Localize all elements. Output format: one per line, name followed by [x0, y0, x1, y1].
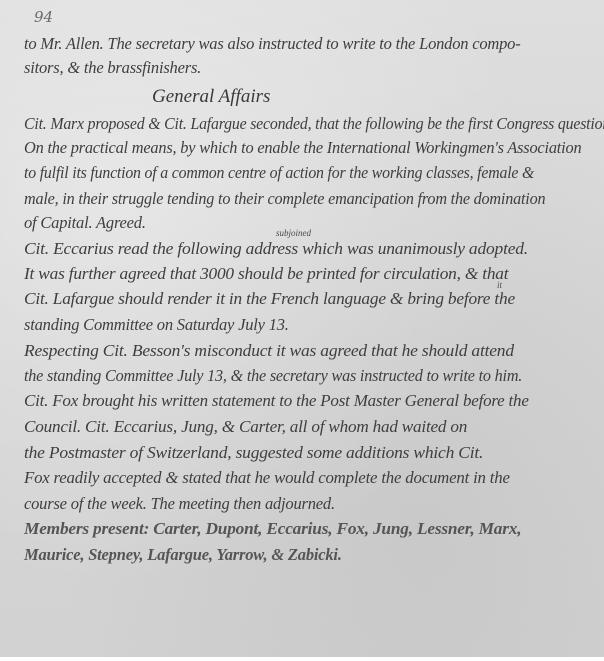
text-line-15: Council. Cit. Eccarius, Jung, & Carter, … [24, 417, 467, 437]
insertion-subjoined: subjoined [276, 228, 311, 238]
text-line-3: Cit. Marx proposed & Cit. Lafargue secon… [24, 114, 604, 134]
text-line-9: It was further agreed that 3000 should b… [24, 264, 508, 284]
text-line-8: Cit. Eccarius read the following address… [24, 239, 528, 259]
text-line-19: Members present: Carter, Dupont, Eccariu… [24, 519, 521, 539]
section-heading: General Affairs [152, 86, 270, 108]
text-line-13: the standing Committee July 13, & the se… [24, 366, 522, 386]
text-line-2: sitors, & the brassfinishers. [24, 58, 201, 78]
text-line-7: of Capital. Agreed. [24, 213, 146, 233]
text-line-18: course of the week. The meeting then adj… [24, 494, 335, 514]
text-line-11: standing Committee on Saturday July 13. [24, 315, 289, 335]
text-line-1: to Mr. Allen. The secretary was also ins… [24, 34, 521, 54]
text-line-16: the Postmaster of Switzerland, suggested… [24, 443, 483, 463]
text-line-14: Cit. Fox brought his written statement t… [24, 391, 529, 411]
manuscript-page: 94 to Mr. Allen. The secretary was also … [0, 0, 604, 657]
text-line-6: male, in their struggle tending to their… [24, 189, 545, 209]
text-line-4: On the practical means, by which to enab… [24, 138, 581, 158]
text-line-12: Respecting Cit. Besson's misconduct it w… [24, 341, 514, 361]
text-line-5: to fulfil its function of a common centr… [24, 163, 534, 183]
text-line-20: Maurice, Stepney, Lafargue, Yarrow, & Za… [24, 545, 342, 565]
page-number: 94 [34, 8, 53, 26]
text-line-17: Fox readily accepted & stated that he wo… [24, 468, 510, 488]
text-line-10: Cit. Lafargue should render it in the Fr… [24, 289, 515, 309]
